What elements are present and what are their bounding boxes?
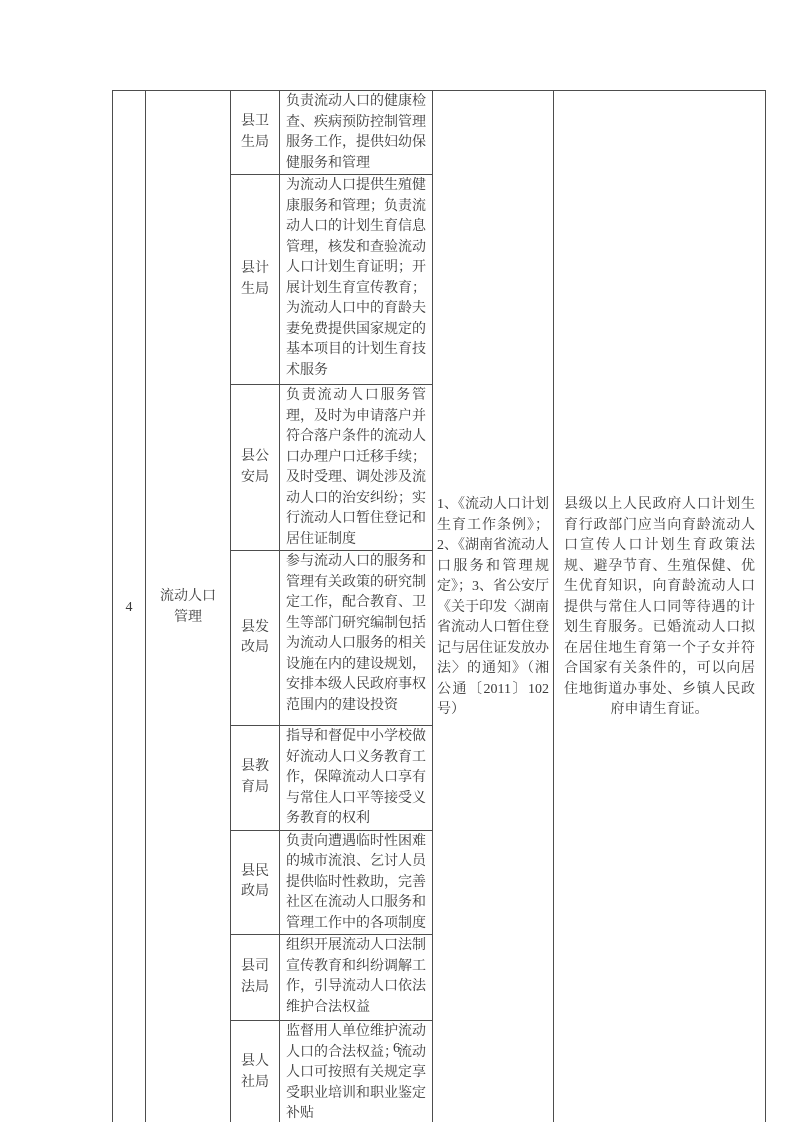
department-cell: 县人社局 (231, 1021, 280, 1122)
category-cell: 流动人口管理 (146, 91, 231, 1122)
department-cell: 县计生局 (231, 175, 280, 385)
department-cell: 县卫生局 (231, 91, 280, 175)
duty-cell: 负责向遭遇临时性困难的城市流浪、乞讨人员提供临时性救助，完善社区在流动人口服务和… (280, 830, 433, 935)
department-label: 县计生局 (240, 259, 270, 300)
duty-cell: 监督用人单位维护流动人口的合法权益；流动人口可按照有关规定享受职业培训和职业鉴定… (280, 1021, 433, 1122)
duty-cell: 负责流动人口服务管理，及时为申请落户并符合落户条件的流动人口办理户口迁移手续；及… (280, 385, 433, 551)
department-cell: 县公安局 (231, 385, 280, 551)
duty-cell: 组织开展流动人口法制宣传教育和纠纷调解工作，引导流动人口依法维护合法权益 (280, 935, 433, 1021)
department-cell: 县教育局 (231, 726, 280, 831)
department-cell: 县司法局 (231, 935, 280, 1021)
duty-cell: 参与流动人口的服务和管理有关政策的研究制定工作，配合教育、卫生等部门研究编制包括… (280, 551, 433, 726)
department-label: 县卫生局 (240, 112, 270, 153)
department-label: 县民政局 (240, 862, 270, 903)
department-cell: 县发改局 (231, 551, 280, 726)
duty-cell: 为流动人口提供生殖健康服务和管理；负责流动人口的计划生育信息管理，核发和查验流动… (280, 175, 433, 385)
legal-basis-cell: 1、《流动人口计划生育工作条例》；2、《湖南省流动人口服务和管理规定》；3、省公… (433, 91, 554, 1122)
duty-cell: 指导和督促中小学校做好流动人口义务教育工作，保障流动人口享有与常住人口平等接受义… (280, 726, 433, 831)
remarks-cell: 县级以上人民政府人口计划生育行政部门应当向育龄流动人口宣传人口计划生育政策法规、… (554, 91, 766, 1122)
document-page: 4 流动人口管理 县卫生局 负责流动人口的健康检查、疾病预防控制管理服务工作，提… (0, 0, 793, 1122)
category-label: 流动人口管理 (157, 587, 219, 628)
responsibility-table: 4 流动人口管理 县卫生局 负责流动人口的健康检查、疾病预防控制管理服务工作，提… (112, 90, 766, 1122)
department-label: 县公安局 (240, 447, 270, 488)
department-label: 县发改局 (240, 618, 270, 659)
table-row: 4 流动人口管理 县卫生局 负责流动人口的健康检查、疾病预防控制管理服务工作，提… (113, 91, 766, 175)
department-label: 县人社局 (240, 1052, 270, 1093)
department-cell: 县民政局 (231, 830, 280, 935)
duty-cell: 负责流动人口的健康检查、疾病预防控制管理服务工作，提供妇幼保健服务和管理 (280, 91, 433, 175)
department-label: 县教育局 (240, 757, 270, 798)
row-number-cell: 4 (113, 91, 146, 1122)
department-label: 县司法局 (240, 957, 270, 998)
